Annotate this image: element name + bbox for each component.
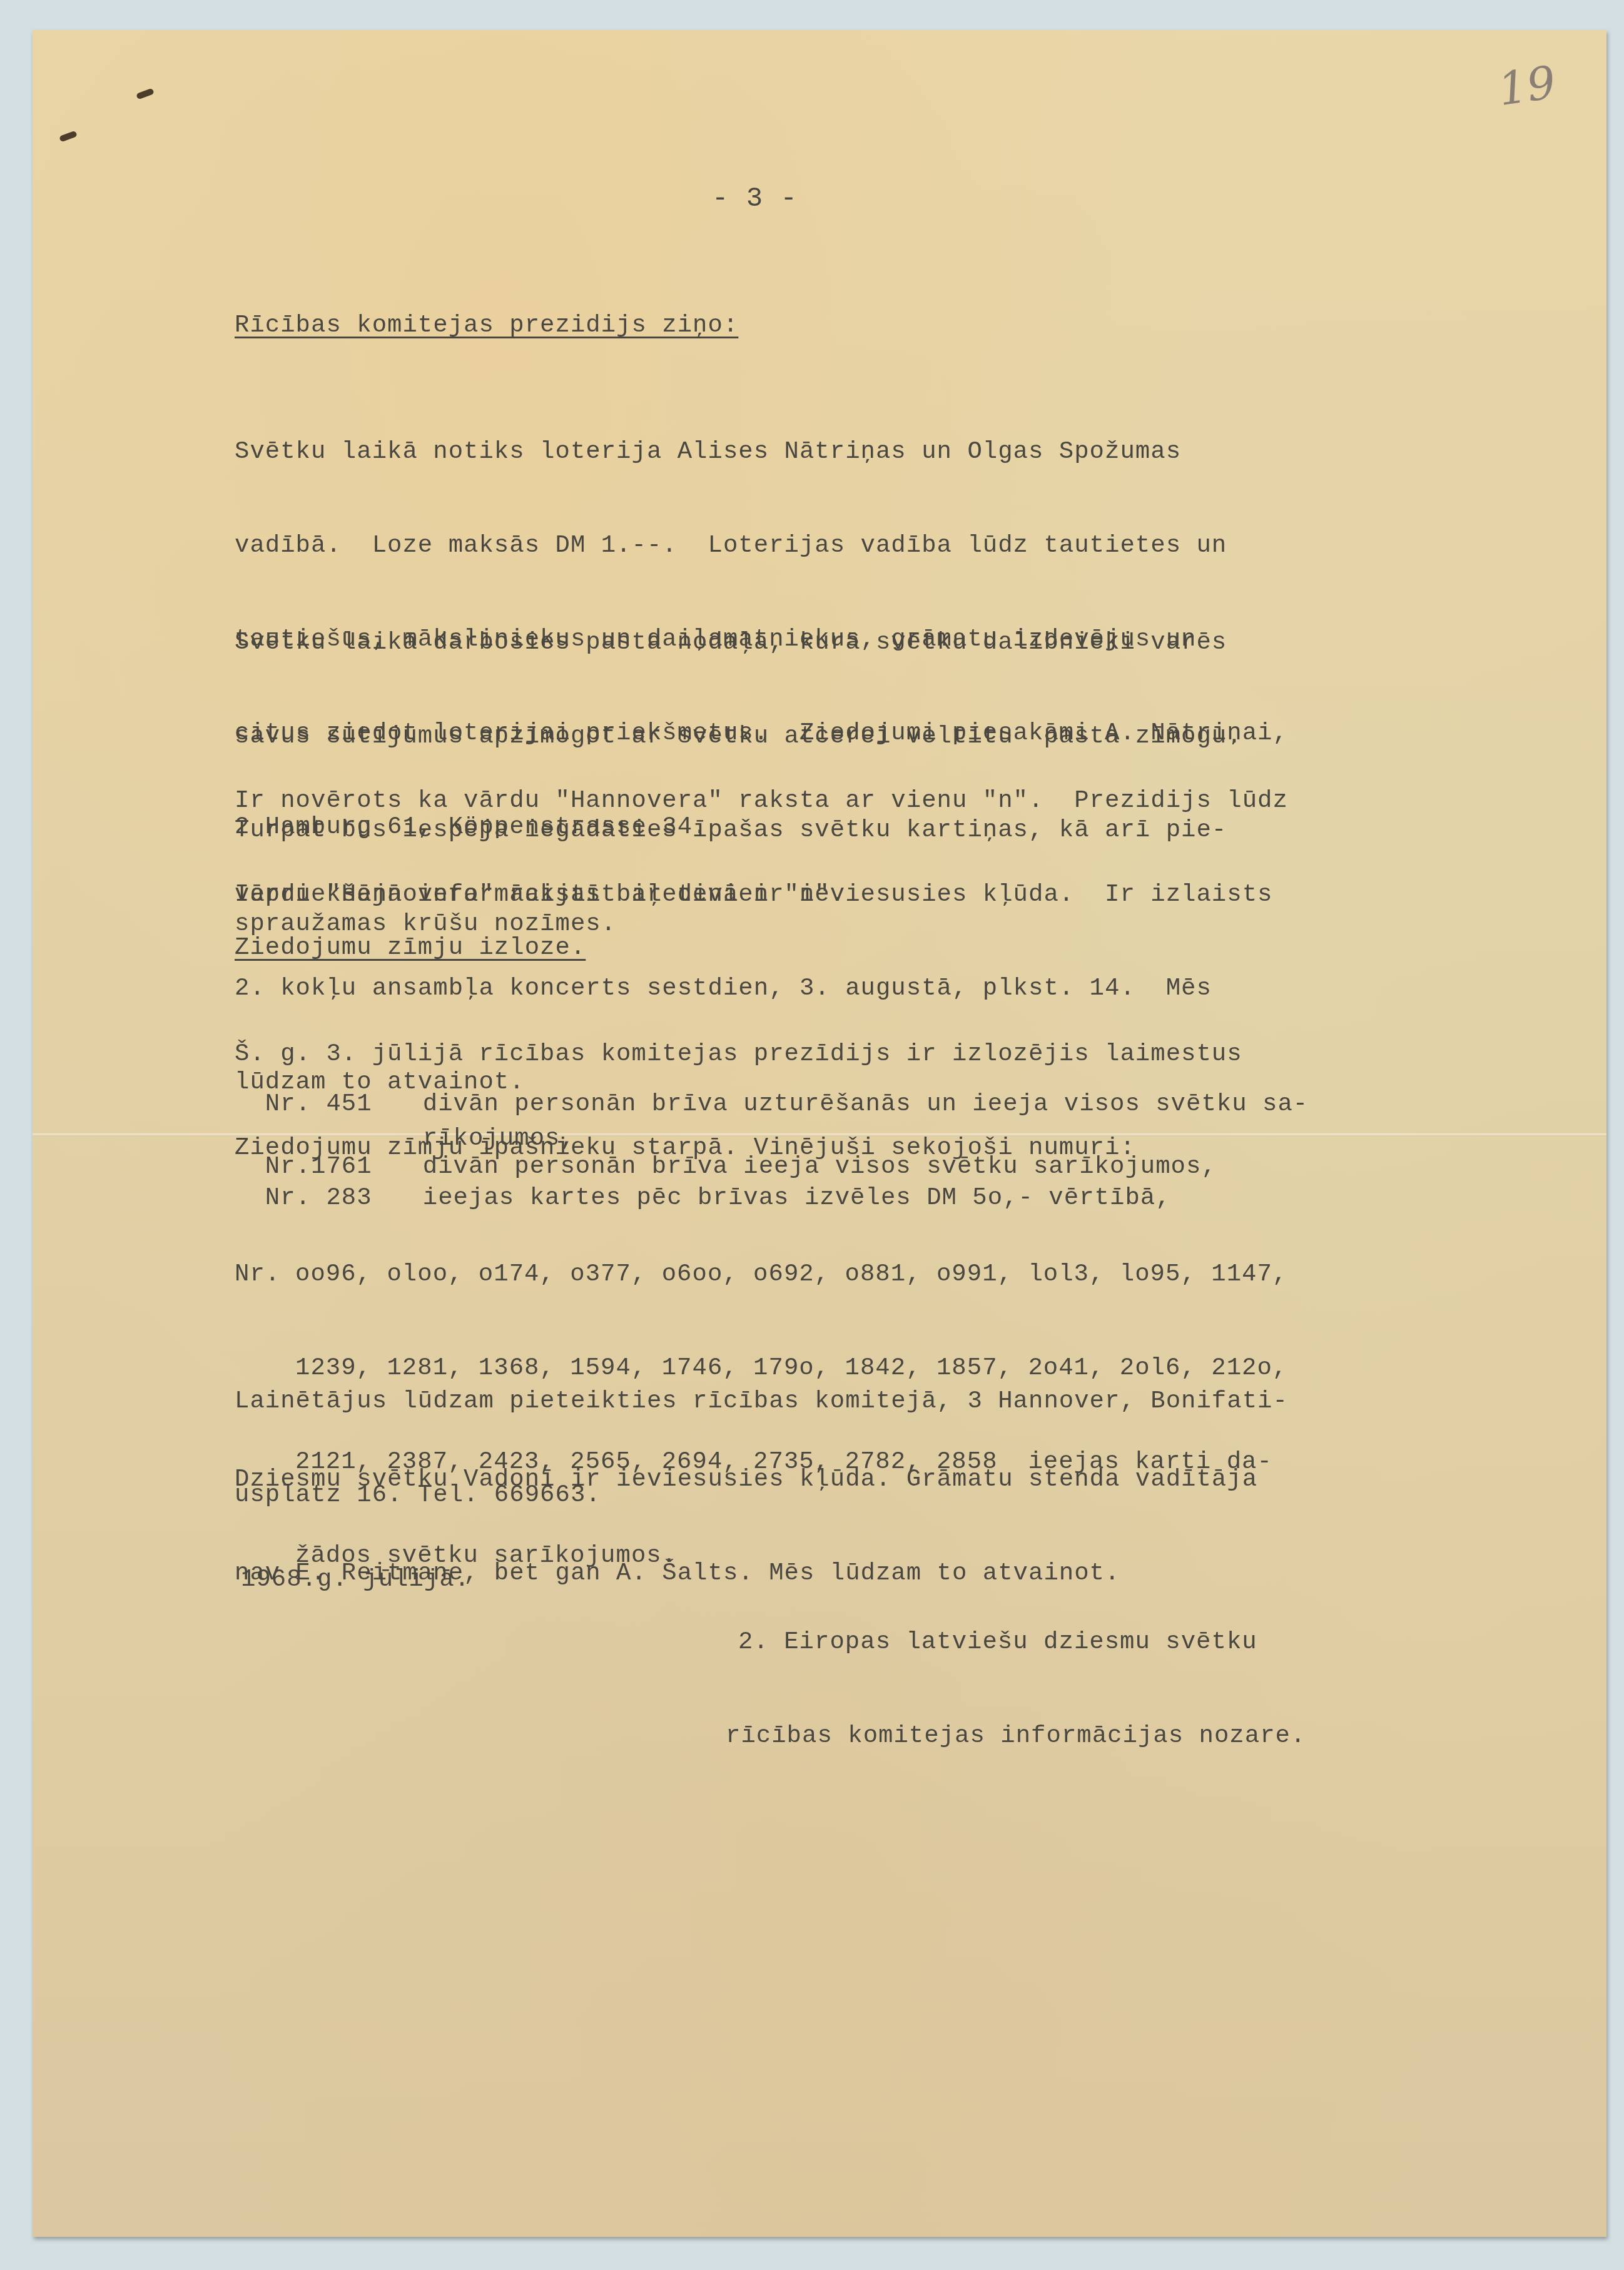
section-heading-donation-draw: Ziedojumu zīmju izloze. bbox=[235, 932, 586, 963]
section-heading-committee: Rīcības komitejas prezidijs ziņo: bbox=[235, 310, 738, 341]
footer-signature: 2. Eiropas latviešu dziesmu svētku rīcīb… bbox=[726, 1564, 1306, 1783]
text-line: Svētku laikā notiks loterija Alises Nātr… bbox=[235, 436, 1288, 467]
page-number: - 3 - bbox=[712, 183, 798, 215]
numbers-label: Nr. bbox=[235, 1259, 295, 1290]
text-line: Dziesmu svētku Vadonī ir ieviesusies kļū… bbox=[235, 1464, 1257, 1495]
text-line: Iepriekšējā informācijas biļetenā ir iev… bbox=[235, 879, 1272, 910]
signature-line: 2. Eiropas latviešu dziesmu svētku bbox=[726, 1626, 1306, 1658]
text-line: Svētku laikā darbosies pasta nodaļa, kur… bbox=[235, 627, 1242, 658]
text-line: vadībā. Loze maksās DM 1.--. Loterijas v… bbox=[235, 530, 1288, 561]
footer-date: 1968.g. jūlijā. bbox=[241, 1564, 470, 1595]
text-line: Ir novērots ka vārdu "Hannovera" raksta … bbox=[235, 785, 1288, 816]
archive-page-number: 19 bbox=[1495, 56, 1559, 116]
numbers-line: Nr.oo96, oloo, o174, o377, o6oo, o692, o… bbox=[235, 1259, 1287, 1290]
signature-line: rīcības komitejas informācijas nozare. bbox=[726, 1720, 1306, 1751]
